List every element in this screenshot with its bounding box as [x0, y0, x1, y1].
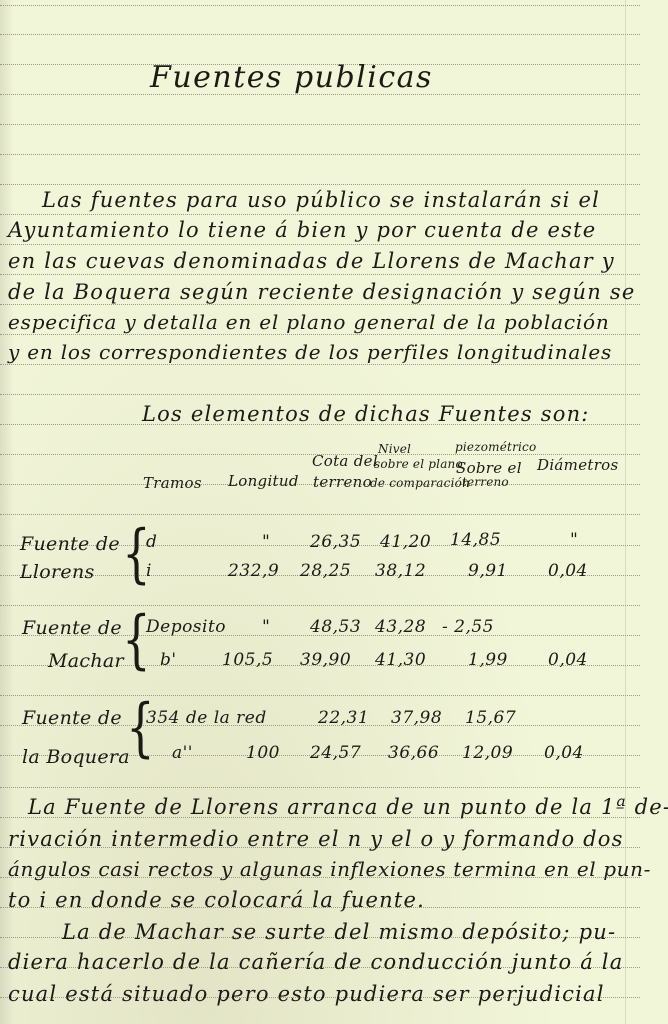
closing2-line-1: La de Machar se surte del mismo depósito…: [62, 920, 616, 944]
ruled-line: [0, 5, 640, 6]
header-nivel-bottom: de comparación: [370, 476, 470, 490]
cell-longitud: 232,9: [228, 561, 279, 581]
cell-piezometrico: - 2,55: [442, 617, 494, 637]
cell-tramo: Deposito: [146, 617, 226, 637]
cell-tramo: a'': [172, 743, 193, 763]
ruled-line: [0, 244, 640, 245]
header-nivel-top: Nivel: [378, 442, 411, 456]
brace-icon: {: [126, 696, 155, 760]
header-cota-top: Cota del: [312, 452, 378, 470]
cell-cota: 24,57: [310, 743, 361, 763]
cell-piezometrico: 15,67: [465, 708, 516, 728]
cell-diametro: 0,04: [548, 650, 588, 670]
ruled-line: [0, 514, 640, 515]
cell-nivel: 43,28: [375, 617, 426, 637]
ruled-line: [0, 334, 640, 335]
cell-longitud: ": [262, 617, 270, 637]
cell-cota: 39,90: [300, 650, 351, 670]
cell-diametro: ": [570, 530, 578, 550]
closing1-line-2: rivación intermedio entre el n y el o y …: [8, 827, 624, 851]
group-label-boquera-1: Fuente de: [22, 707, 122, 729]
cell-tramo: d: [146, 532, 157, 552]
header-piezometrico-top: piezométrico: [455, 440, 536, 454]
cell-nivel: 38,12: [375, 561, 426, 581]
cell-longitud: 105,5: [222, 650, 273, 670]
header-diametros: Diámetros: [537, 456, 619, 474]
intro-line-2: Ayuntamiento lo tiene á bien y por cuent…: [8, 218, 596, 242]
header-cota-bottom: terreno: [313, 473, 372, 491]
page-title: Fuentes publicas: [150, 60, 433, 95]
ruled-line: [0, 394, 640, 395]
cell-nivel: 37,98: [391, 708, 442, 728]
cell-cota: 22,31: [318, 708, 369, 728]
cell-piezometrico: 9,91: [468, 561, 508, 581]
cell-nivel: 41,30: [375, 650, 426, 670]
cell-piezometrico: 1,99: [468, 650, 508, 670]
cell-piezometrico: 14,85: [450, 530, 501, 550]
closing2-line-3: cual está situado pero esto pudiera ser …: [8, 982, 605, 1006]
group-label-llorens-1: Fuente de: [20, 533, 120, 555]
cell-piezometrico: 12,09: [462, 743, 513, 763]
cell-longitud: ": [262, 532, 270, 552]
cell-cota: 48,53: [310, 617, 361, 637]
cell-diametro: 0,04: [548, 561, 588, 581]
cell-nivel: 36,66: [388, 743, 439, 763]
ruled-line: [0, 154, 640, 155]
header-piezometrico-bottom: terreno: [462, 475, 509, 489]
cell-tramo: b': [160, 650, 177, 670]
ruled-line: [0, 605, 640, 606]
closing1-line-1: La Fuente de Llorens arranca de un punto…: [28, 795, 668, 819]
intro-line-4: de la Boquera según reciente designación…: [8, 280, 635, 304]
ruled-line: [0, 184, 640, 185]
ruled-line: [0, 304, 640, 305]
header-longitud: Longitud: [228, 472, 299, 490]
table-intro: Los elementos de dichas Fuentes son:: [142, 402, 590, 426]
header-tramos: Tramos: [143, 474, 202, 492]
intro-line-3: en las cuevas denominadas de Llorens de …: [8, 249, 615, 273]
cell-cota: 28,25: [300, 561, 351, 581]
group-label-llorens-2: Llorens: [20, 561, 95, 583]
ruled-line: [0, 274, 640, 275]
intro-line-1: Las fuentes para uso público se instalar…: [42, 188, 600, 212]
cell-nivel: 41,20: [380, 532, 431, 552]
ruled-line: [0, 34, 640, 35]
cell-cota: 26,35: [310, 532, 361, 552]
cell-longitud: 100: [246, 743, 280, 763]
ruled-line: [0, 214, 640, 215]
manuscript-page: Fuentes publicas Las fuentes para uso pú…: [0, 0, 668, 1024]
closing1-line-3: ángulos casi rectos y algunas inflexione…: [8, 857, 651, 881]
group-label-machar-2: Machar: [48, 650, 124, 672]
closing2-line-2: diera hacerlo de la cañería de conducció…: [8, 950, 623, 974]
ruled-line: [0, 124, 640, 125]
group-label-machar-1: Fuente de: [22, 617, 122, 639]
ruled-line: [0, 787, 640, 788]
header-nivel-mid: sobre el plano: [374, 457, 463, 471]
cell-tramo: i: [146, 561, 152, 581]
cell-tramo: 354 de la red: [146, 708, 267, 728]
ruled-line: [0, 695, 640, 696]
intro-line-6: y en los correspondientes de los perfile…: [8, 340, 612, 364]
intro-line-5: especifica y detalla en el plano general…: [8, 310, 610, 334]
ruled-line: [0, 364, 640, 365]
group-label-boquera-2: la Boquera: [22, 746, 130, 768]
cell-diametro: 0,04: [544, 743, 584, 763]
closing1-line-4: to i en donde se colocará la fuente.: [8, 888, 425, 912]
